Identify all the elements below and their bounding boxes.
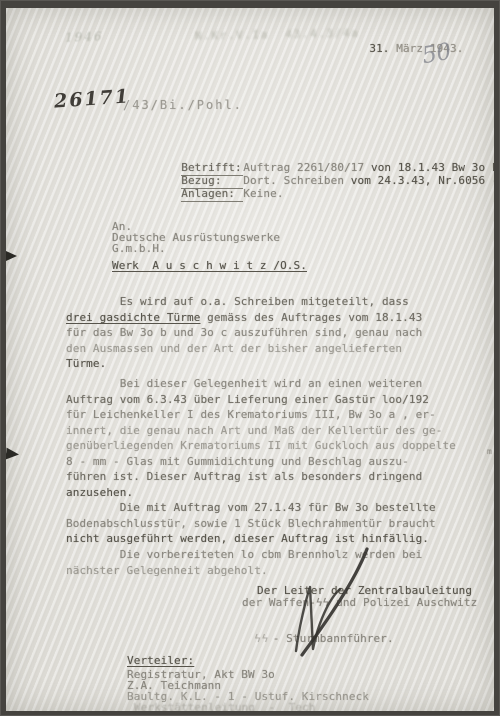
p2-line: genüberliegenden Krematoriums II mit Guc… [66, 439, 456, 453]
p3-line: Die mit Auftrag vom 27.1.43 für Bw 3o be… [66, 501, 436, 515]
anlagen-label: Anlagen: [181, 187, 243, 202]
p2-line: 8 - mm - Glas mit Gummidichtung und Besc… [66, 455, 409, 469]
document-page: 1946 N.Kr.V.Ia 43.4.3/4a 31. März 1943. … [6, 8, 494, 711]
verteiler-item-faded: Werkstättenleitung - Tech [134, 701, 316, 711]
p1-line: den Ausmassen und der Art der bisher ang… [66, 342, 402, 356]
address-gmbh: G.m.b.H. [112, 242, 166, 256]
underlined-phrase: drei gasdichte Türme [66, 311, 200, 324]
verteiler-label: Verteiler: [127, 654, 194, 668]
p1-line: für das Bw 3o b und 3o c auszuführen sin… [66, 326, 422, 340]
p1-line2-rest: gemäss des Auftrages vom 18.1.43 [200, 311, 422, 324]
anlagen-value: Keine. [243, 187, 283, 200]
p1-line: Es wird auf o.a. Schreiben mitgeteilt, d… [66, 295, 409, 309]
p1-line: Türme. [66, 357, 106, 371]
p2-line: Bei dieser Gelegenheit wird an einen wei… [66, 377, 422, 391]
p2-line: anzusehen. [66, 486, 133, 500]
p4-line: nächster Gelegenheit abgeholt. [66, 564, 268, 578]
scanned-document-photo: 1946 N.Kr.V.Ia 43.4.3/4a 31. März 1943. … [0, 0, 500, 716]
p2-line: innert, die genau nach Art und Maß der K… [66, 424, 442, 438]
p2-line: führen ist. Dieser Auftrag ist als beson… [66, 470, 422, 484]
address-werk-auschwitz: Werk A u s c h w i t z /O.S. [112, 259, 307, 273]
anlagen-row: Anlagen:Keine. [114, 173, 284, 216]
p3-line: Bodenabschlusstür, sowie 1 Stück Blechra… [66, 517, 436, 531]
p2-line: für Leichenkeller I des Krematoriums III… [66, 408, 436, 422]
p2-line: Auftrag vom 6.3.43 über Lieferung einer … [66, 393, 429, 407]
signature-stroke [266, 541, 386, 669]
typewritten-text-layer: Betrifft:Auftrag 2261/80/17 von 18.1.43 … [6, 8, 494, 711]
typed-correction-superscript: m [487, 445, 492, 459]
p1-line-underlined: drei gasdichte Türme gemäss des Auftrage… [66, 311, 422, 325]
bezug-value-b: vom 24.3.43, Nr.6056 - 43 - [351, 174, 494, 187]
